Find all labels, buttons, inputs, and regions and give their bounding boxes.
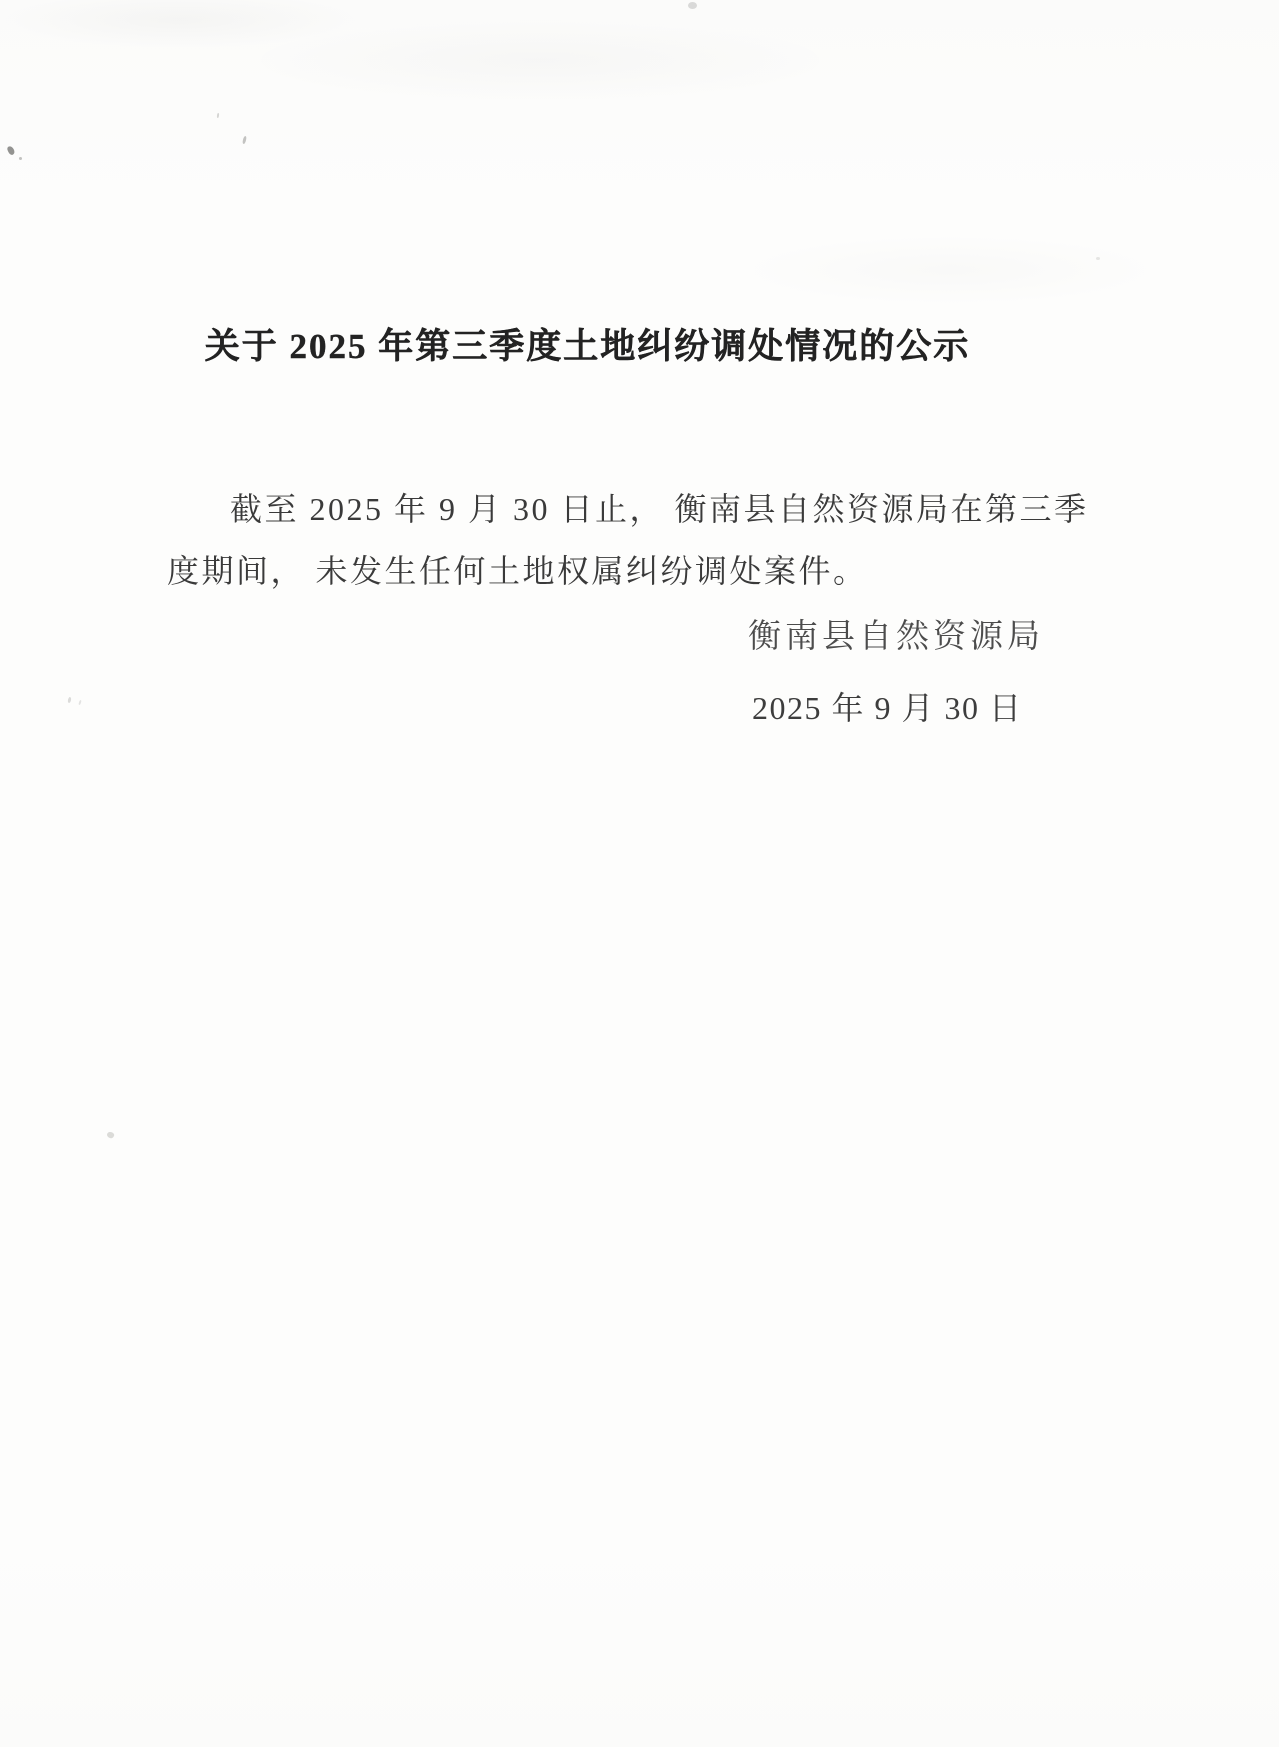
scan-speck [67,697,71,703]
scan-speck [19,157,22,160]
scan-speck [106,1131,115,1140]
scan-speck [1096,257,1100,260]
document-title: 关于 2025 年第三季度土地纠纷调处情况的公示 [0,326,1175,368]
document-page: 关于 2025 年第三季度土地纠纷调处情况的公示 截至 2025 年 9 月 3… [0,0,1279,1747]
body-paragraph-line-1: 截至 2025 年 9 月 30 日止， 衡南县自然资源局在第三季 [230,490,1089,528]
issue-date: 2025 年 9 月 30 日 [752,689,1023,727]
scan-speck [217,113,220,118]
body-paragraph-line-2: 度期间， 未发生任何土地权属纠纷调处案件。 [167,552,868,590]
issuing-authority-signature: 衡南县自然资源局 [748,618,1044,658]
scan-speck [6,145,15,156]
scan-speck [242,136,247,144]
scan-speck [688,2,697,9]
scan-speck [78,700,81,705]
